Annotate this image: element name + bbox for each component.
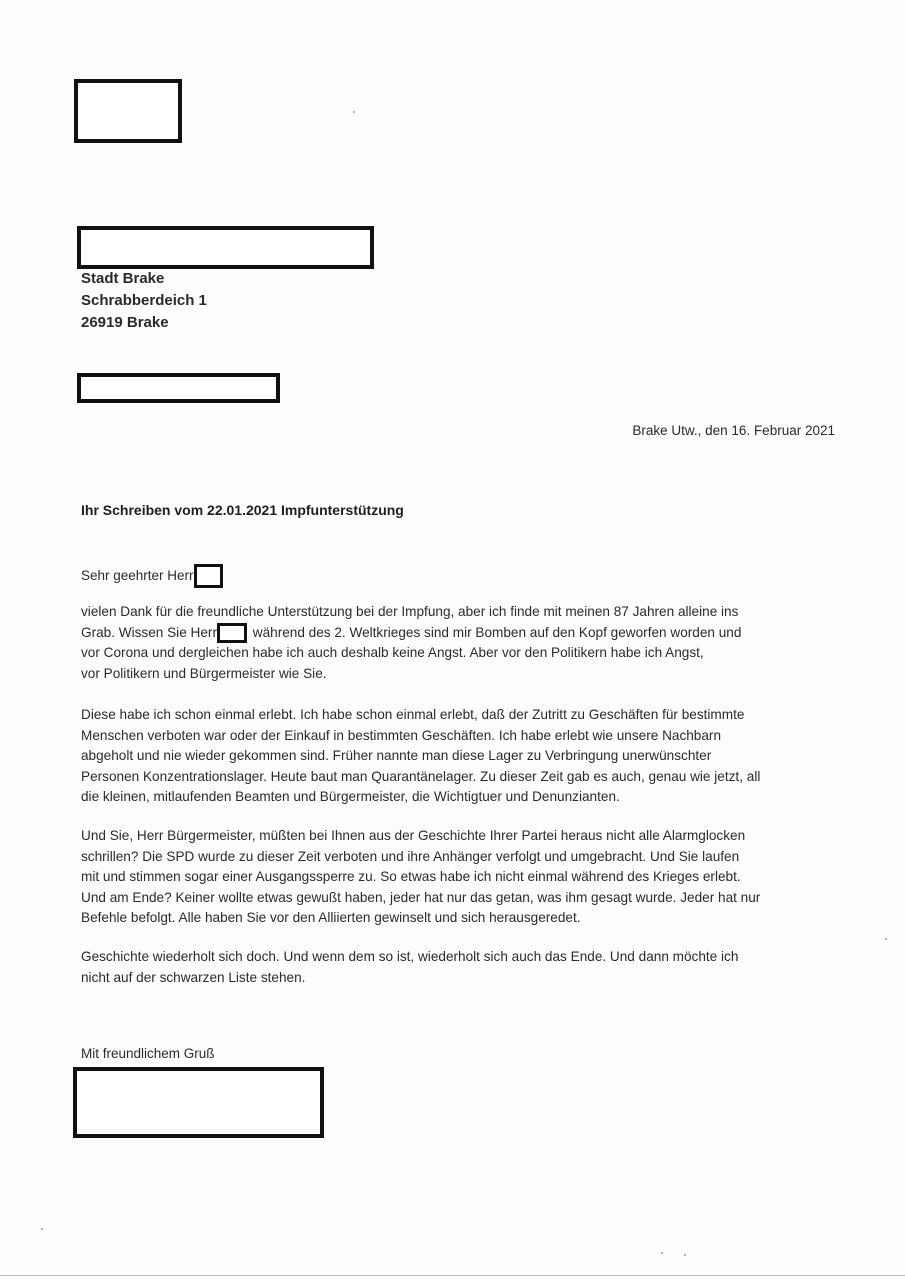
paragraph-line: mit und stimmen sogar einer Ausgangssper… bbox=[81, 867, 841, 888]
paragraph-line: Menschen verboten war oder der Einkauf i… bbox=[81, 726, 841, 747]
scan-speck bbox=[661, 1252, 663, 1254]
paragraph-line: schrillen? Die SPD wurde zu dieser Zeit … bbox=[81, 847, 841, 868]
paragraph-line: die kleinen, mitlaufenden Beamten und Bü… bbox=[81, 787, 841, 808]
paragraph-line: nicht auf der schwarzen Liste stehen. bbox=[81, 968, 841, 989]
body-paragraph-3: Und Sie, Herr Bürgermeister, müßten bei … bbox=[81, 826, 841, 929]
line-text: während des 2. Weltkrieges sind mir Bomb… bbox=[249, 625, 741, 640]
paragraph-line: Grab. Wissen Sie Herr während des 2. Wel… bbox=[81, 623, 841, 644]
salutation: Sehr geehrter Herr bbox=[81, 564, 225, 588]
scan-speck bbox=[41, 1228, 43, 1230]
redacted-recipient-name bbox=[77, 226, 374, 269]
redacted-name bbox=[217, 623, 247, 643]
paragraph-line: Diese habe ich schon einmal erlebt. Ich … bbox=[81, 705, 841, 726]
paragraph-line: Und Sie, Herr Bürgermeister, müßten bei … bbox=[81, 826, 841, 847]
paragraph-line: vielen Dank für die freundliche Unterstü… bbox=[81, 602, 841, 623]
subject-line: Ihr Schreiben vom 22.01.2021 Impfunterst… bbox=[81, 502, 404, 518]
paragraph-line: abgeholt und nie wieder gekommen sind. F… bbox=[81, 746, 841, 767]
paragraph-line: Befehle befolgt. Alle haben Sie vor den … bbox=[81, 908, 841, 929]
paragraph-line: vor Politikern und Bürgermeister wie Sie… bbox=[81, 664, 841, 685]
date-line: Brake Utw., den 16. Februar 2021 bbox=[632, 423, 835, 438]
line-text: Grab. Wissen Sie Herr bbox=[81, 625, 217, 640]
paragraph-line: Geschichte wiederholt sich doch. Und wen… bbox=[81, 947, 841, 968]
paragraph-line: vor Corona und dergleichen habe ich auch… bbox=[81, 643, 841, 664]
recipient-line: Stadt Brake bbox=[81, 268, 207, 290]
recipient-address: Stadt Brake Schrabberdeich 1 26919 Brake bbox=[81, 268, 207, 334]
scan-speck bbox=[684, 1254, 686, 1256]
redacted-reference bbox=[77, 373, 280, 403]
redacted-sender-logo bbox=[74, 79, 182, 143]
closing: Mit freundlichem Gruß bbox=[81, 1046, 215, 1061]
letter-page: Stadt Brake Schrabberdeich 1 26919 Brake… bbox=[0, 0, 905, 1280]
body-paragraph-4: Geschichte wiederholt sich doch. Und wen… bbox=[81, 947, 841, 988]
recipient-line: Schrabberdeich 1 bbox=[81, 290, 207, 312]
recipient-line: 26919 Brake bbox=[81, 312, 207, 334]
paragraph-line: Personen Konzentrationslager. Heute baut… bbox=[81, 767, 841, 788]
body-paragraph-2: Diese habe ich schon einmal erlebt. Ich … bbox=[81, 705, 841, 808]
scan-speck bbox=[885, 938, 887, 940]
redacted-name bbox=[194, 564, 223, 588]
scan-edge-line bbox=[0, 1275, 905, 1276]
paragraph-line: Und am Ende? Keiner wollte etwas gewußt … bbox=[81, 888, 841, 909]
body-paragraph-1: vielen Dank für die freundliche Unterstü… bbox=[81, 602, 841, 684]
salutation-text: Sehr geehrter Herr bbox=[81, 568, 194, 583]
redacted-signature bbox=[73, 1067, 324, 1138]
scan-speck bbox=[353, 111, 355, 113]
